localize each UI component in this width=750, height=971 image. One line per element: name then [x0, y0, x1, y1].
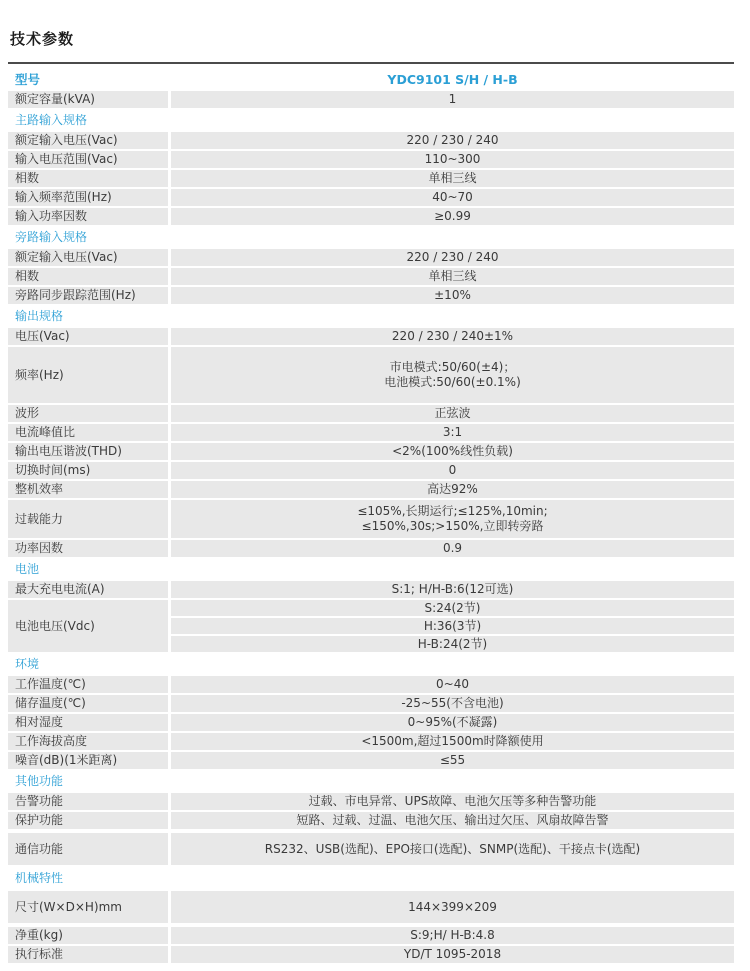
spec-row-value: 过载、市电异常、UPS故障、电池欠压等多种告警功能	[171, 793, 734, 810]
spec-row-value: <1500m,超过1500m时降额使用	[171, 733, 734, 750]
spec-row-value: 0	[171, 462, 734, 479]
spec-row-label: 最大充电电流(A)	[8, 581, 168, 598]
title-divider	[8, 62, 734, 64]
spec-row-label: 额定输入电压(Vac)	[8, 249, 168, 266]
model-row: 型号 YDC9101 S/H / H-B	[8, 70, 734, 88]
spec-row: 相数 单相三线	[8, 268, 734, 285]
spec-row: 执行标准 YD/T 1095-2018	[8, 946, 734, 963]
spec-row-label: 工作海拔高度	[8, 733, 168, 750]
page-title: 技术参数	[10, 28, 750, 49]
spec-row-value: 市电模式:50/60(±4)；电池模式:50/60(±0.1%)	[171, 347, 734, 403]
spec-row: 切换时间(ms) 0	[8, 462, 734, 479]
spec-row-value: S:1; H/H-B:6(12可选)	[171, 581, 734, 598]
spec-row-label: 波形	[8, 405, 168, 422]
spec-row: 功率因数 0.9	[8, 540, 734, 557]
spec-row-value: 3:1	[171, 424, 734, 441]
spec-row-value: 0~95%(不凝露)	[171, 714, 734, 731]
spec-row: 输入功率因数 ≥0.99	[8, 208, 734, 225]
spec-row: 工作海拔高度 <1500m,超过1500m时降额使用	[8, 733, 734, 750]
spec-row-label: 输出电压谐波(THD)	[8, 443, 168, 460]
spec-row-label: 尺寸(W×D×H)mm	[8, 891, 168, 923]
spec-row: 旁路同步跟踪范围(Hz) ±10%	[8, 287, 734, 304]
section-header-row: 旁路输入规格	[8, 228, 734, 246]
spec-row-value: 1	[171, 91, 734, 108]
spec-row-value: ≤105%,长期运行;≤125%,10min;≤150%,30s;>150%,立…	[171, 500, 734, 538]
section-label: 其他功能	[8, 772, 63, 790]
spec-row: 额定输入电压(Vac) 220 / 230 / 240	[8, 249, 734, 266]
section-label: 主路输入规格	[8, 111, 87, 129]
spec-row-label: 执行标准	[8, 946, 168, 963]
spec-row: 净重(kg) S:9;H/ H-B:4.8	[8, 927, 734, 944]
spec-row-value: S:9;H/ H-B:4.8	[171, 927, 734, 944]
spec-row-label: 净重(kg)	[8, 927, 168, 944]
spec-row-value: 220 / 230 / 240	[171, 132, 734, 149]
spec-row-value: ≥0.99	[171, 208, 734, 225]
spec-row-label: 告警功能	[8, 793, 168, 810]
spec-row-value: 144×399×209	[171, 891, 734, 923]
spec-row-value-line: 电池模式:50/60(±0.1%)	[384, 375, 521, 390]
spec-row-label: 相数	[8, 268, 168, 285]
spec-row-label: 储存温度(℃)	[8, 695, 168, 712]
spec-row: 保护功能 短路、过载、过温、电池欠压、输出过欠压、风扇故障告警	[8, 812, 734, 829]
spec-row: 告警功能 过载、市电异常、UPS故障、电池欠压等多种告警功能	[8, 793, 734, 810]
spec-row-value: 正弦波	[171, 405, 734, 422]
section-label: 旁路输入规格	[8, 228, 87, 246]
spec-row-value: ≤55	[171, 752, 734, 769]
spec-row: 工作温度(℃) 0~40	[8, 676, 734, 693]
section-header-row: 输出规格	[8, 307, 734, 325]
model-value: YDC9101 S/H / H-B	[171, 70, 734, 88]
spec-row: 整机效率 高达92%	[8, 481, 734, 498]
spec-row-label: 电压(Vac)	[8, 328, 168, 345]
spec-row-label: 工作温度(℃)	[8, 676, 168, 693]
spec-row: 尺寸(W×D×H)mm 144×399×209	[8, 891, 734, 923]
spec-row-label: 电池电压(Vdc)	[8, 600, 168, 652]
spec-row-value-line: 市电模式:50/60(±4)；	[390, 360, 516, 375]
spec-row: 输出电压谐波(THD) <2%(100%线性负载)	[8, 443, 734, 460]
spec-row-value: 单相三线	[171, 268, 734, 285]
spec-row-label: 电流峰值比	[8, 424, 168, 441]
spec-table: 型号 YDC9101 S/H / H-B 额定容量(kVA) 1 主路输入规格 …	[8, 70, 734, 963]
spec-row-value-group: S:24(2节)H:36(3节)H-B:24(2节)	[171, 600, 734, 652]
spec-row: 波形 正弦波	[8, 405, 734, 422]
spec-row: 频率(Hz) 市电模式:50/60(±4)；电池模式:50/60(±0.1%)	[8, 347, 734, 403]
spec-row-label: 功率因数	[8, 540, 168, 557]
section-label: 环境	[8, 655, 39, 673]
spec-row-value: ±10%	[171, 287, 734, 304]
spec-row-value: 高达92%	[171, 481, 734, 498]
spec-row-value: 220 / 230 / 240±1%	[171, 328, 734, 345]
spec-row-subvalue: H:36(3节)	[171, 618, 734, 634]
spec-row: 通信功能 RS232、USB(选配)、EPO接口(选配)、SNMP(选配)、干接…	[8, 833, 734, 865]
spec-row-subvalue: H-B:24(2节)	[171, 636, 734, 652]
spec-row-value: 短路、过载、过温、电池欠压、输出过欠压、风扇故障告警	[171, 812, 734, 829]
spec-row-value: <2%(100%线性负载)	[171, 443, 734, 460]
spec-row-label: 输入电压范围(Vac)	[8, 151, 168, 168]
spec-row: 相数 单相三线	[8, 170, 734, 187]
spec-row: 最大充电电流(A) S:1; H/H-B:6(12可选)	[8, 581, 734, 598]
spec-row-value: 单相三线	[171, 170, 734, 187]
section-header-row: 机械特性	[8, 869, 734, 887]
spec-row-value: 0~40	[171, 676, 734, 693]
spec-row-subvalue: S:24(2节)	[171, 600, 734, 616]
spec-row-value-line: ≤150%,30s;>150%,立即转旁路	[362, 519, 544, 534]
section-label: 电池	[8, 560, 39, 578]
spec-row-grouped: 电池电压(Vdc) S:24(2节)H:36(3节)H-B:24(2节)	[8, 600, 734, 652]
spec-row: 输入电压范围(Vac) 110~300	[8, 151, 734, 168]
spec-row-label: 旁路同步跟踪范围(Hz)	[8, 287, 168, 304]
spec-row-label: 输入频率范围(Hz)	[8, 189, 168, 206]
spec-row-label: 通信功能	[8, 833, 168, 865]
spec-row: 电压(Vac) 220 / 230 / 240±1%	[8, 328, 734, 345]
spec-row-label: 切换时间(ms)	[8, 462, 168, 479]
spec-row-value: 110~300	[171, 151, 734, 168]
spec-sheet-page: 技术参数 型号 YDC9101 S/H / H-B 额定容量(kVA) 1 主路…	[0, 0, 750, 971]
section-header-row: 主路输入规格	[8, 111, 734, 129]
section-label: 机械特性	[8, 869, 63, 887]
spec-row-label: 频率(Hz)	[8, 347, 168, 403]
spec-row-label: 输入功率因数	[8, 208, 168, 225]
spec-row-label: 过载能力	[8, 500, 168, 538]
model-label: 型号	[8, 70, 168, 88]
spec-row-label: 保护功能	[8, 812, 168, 829]
spec-row: 额定输入电压(Vac) 220 / 230 / 240	[8, 132, 734, 149]
spec-row-value-line: ≤105%,长期运行;≤125%,10min;	[357, 504, 547, 519]
spec-row-value: 40~70	[171, 189, 734, 206]
spec-row: 噪音(dB)(1米距离) ≤55	[8, 752, 734, 769]
spec-row: 输入频率范围(Hz) 40~70	[8, 189, 734, 206]
section-header-row: 其他功能	[8, 772, 734, 790]
spec-row-label: 额定容量(kVA)	[8, 91, 168, 108]
spec-row-label: 整机效率	[8, 481, 168, 498]
spec-row-value: -25~55(不含电池)	[171, 695, 734, 712]
section-header-row: 环境	[8, 655, 734, 673]
spec-row: 额定容量(kVA) 1	[8, 91, 734, 108]
spec-row: 储存温度(℃) -25~55(不含电池)	[8, 695, 734, 712]
spec-row: 相对湿度 0~95%(不凝露)	[8, 714, 734, 731]
spec-row-value: 0.9	[171, 540, 734, 557]
spec-row-label: 噪音(dB)(1米距离)	[8, 752, 168, 769]
spec-row-value: YD/T 1095-2018	[171, 946, 734, 963]
spec-row-value: 220 / 230 / 240	[171, 249, 734, 266]
spec-row: 过载能力 ≤105%,长期运行;≤125%,10min;≤150%,30s;>1…	[8, 500, 734, 538]
section-label: 输出规格	[8, 307, 63, 325]
spec-row: 电流峰值比 3:1	[8, 424, 734, 441]
section-header-row: 电池	[8, 560, 734, 578]
spec-row-label: 额定输入电压(Vac)	[8, 132, 168, 149]
spec-row-value: RS232、USB(选配)、EPO接口(选配)、SNMP(选配)、干接点卡(选配…	[171, 833, 734, 865]
spec-row-label: 相对湿度	[8, 714, 168, 731]
spec-row-label: 相数	[8, 170, 168, 187]
